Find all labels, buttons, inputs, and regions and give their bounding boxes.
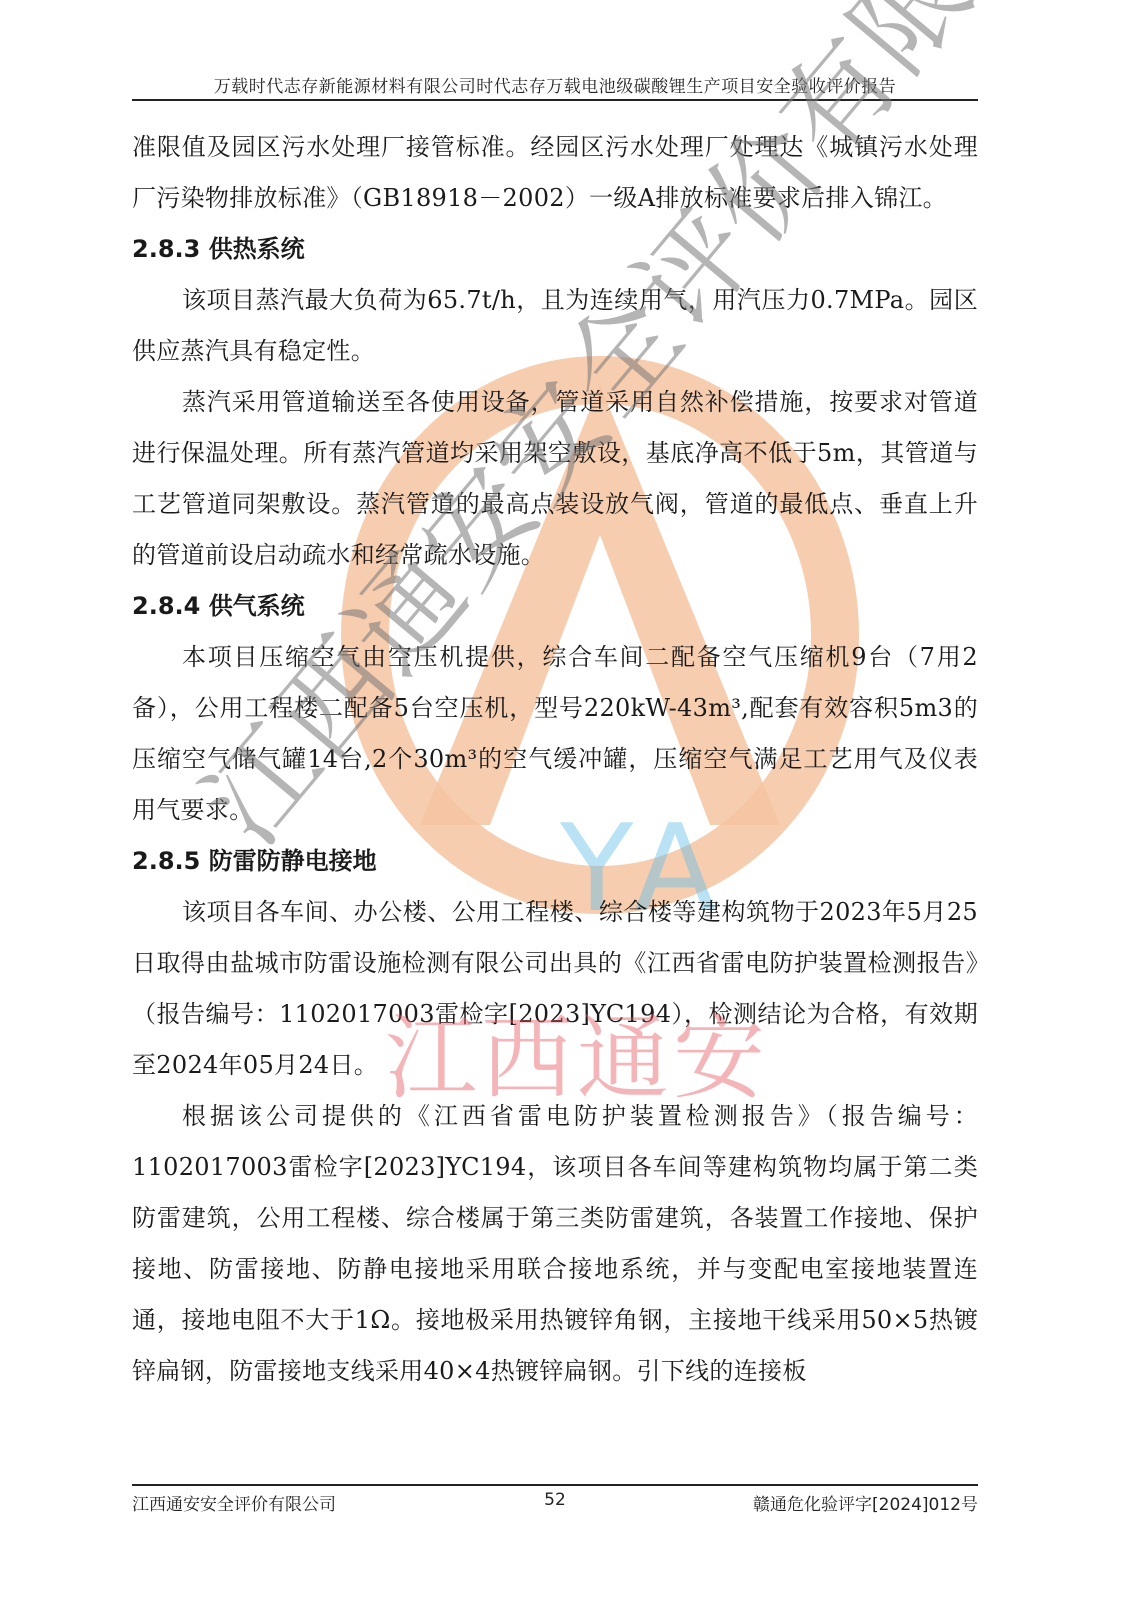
paragraph-grounding-system: 根据该公司提供的《江西省雷电防护装置检测报告》（报告编号：1102017003雷… [132,1091,978,1397]
document-page: YA 万载时代志存新能源材料有限公司时代志存万载电池级碳酸锂生产项目安全验收评价… [0,0,1131,1600]
footer-divider [132,1484,978,1486]
section-heading-2-8-4: 2.8.4 供气系统 [132,581,978,632]
footer-document-number: 赣通危化验评字[2024]012号 [753,1490,978,1515]
section-heading-2-8-3: 2.8.3 供热系统 [132,224,978,275]
watermark-red-text: 江西通安 [385,985,769,1117]
page-footer: 江西通安安全评价有限公司 52 赣通危化验评字[2024]012号 [132,1490,978,1514]
